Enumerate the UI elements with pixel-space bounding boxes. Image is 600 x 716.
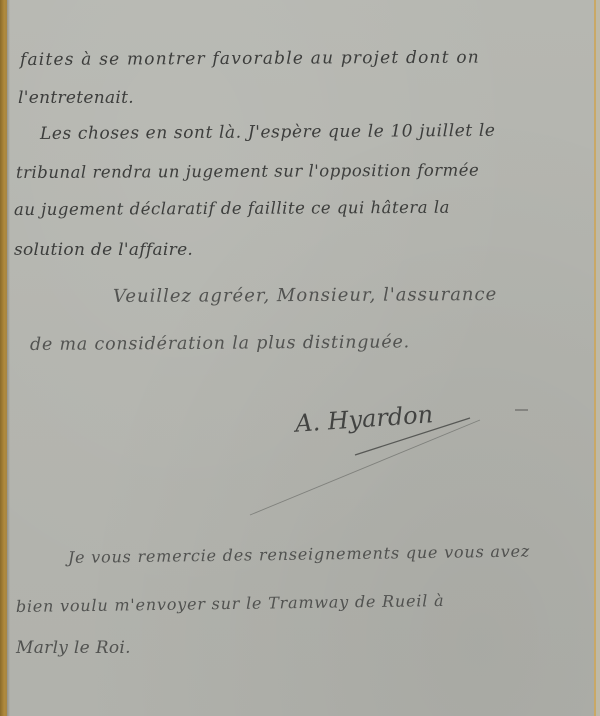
letter-page: faites à se montrer favorable au projet …: [0, 0, 600, 716]
postscript-line-3: Marly le Roi.: [16, 638, 131, 658]
